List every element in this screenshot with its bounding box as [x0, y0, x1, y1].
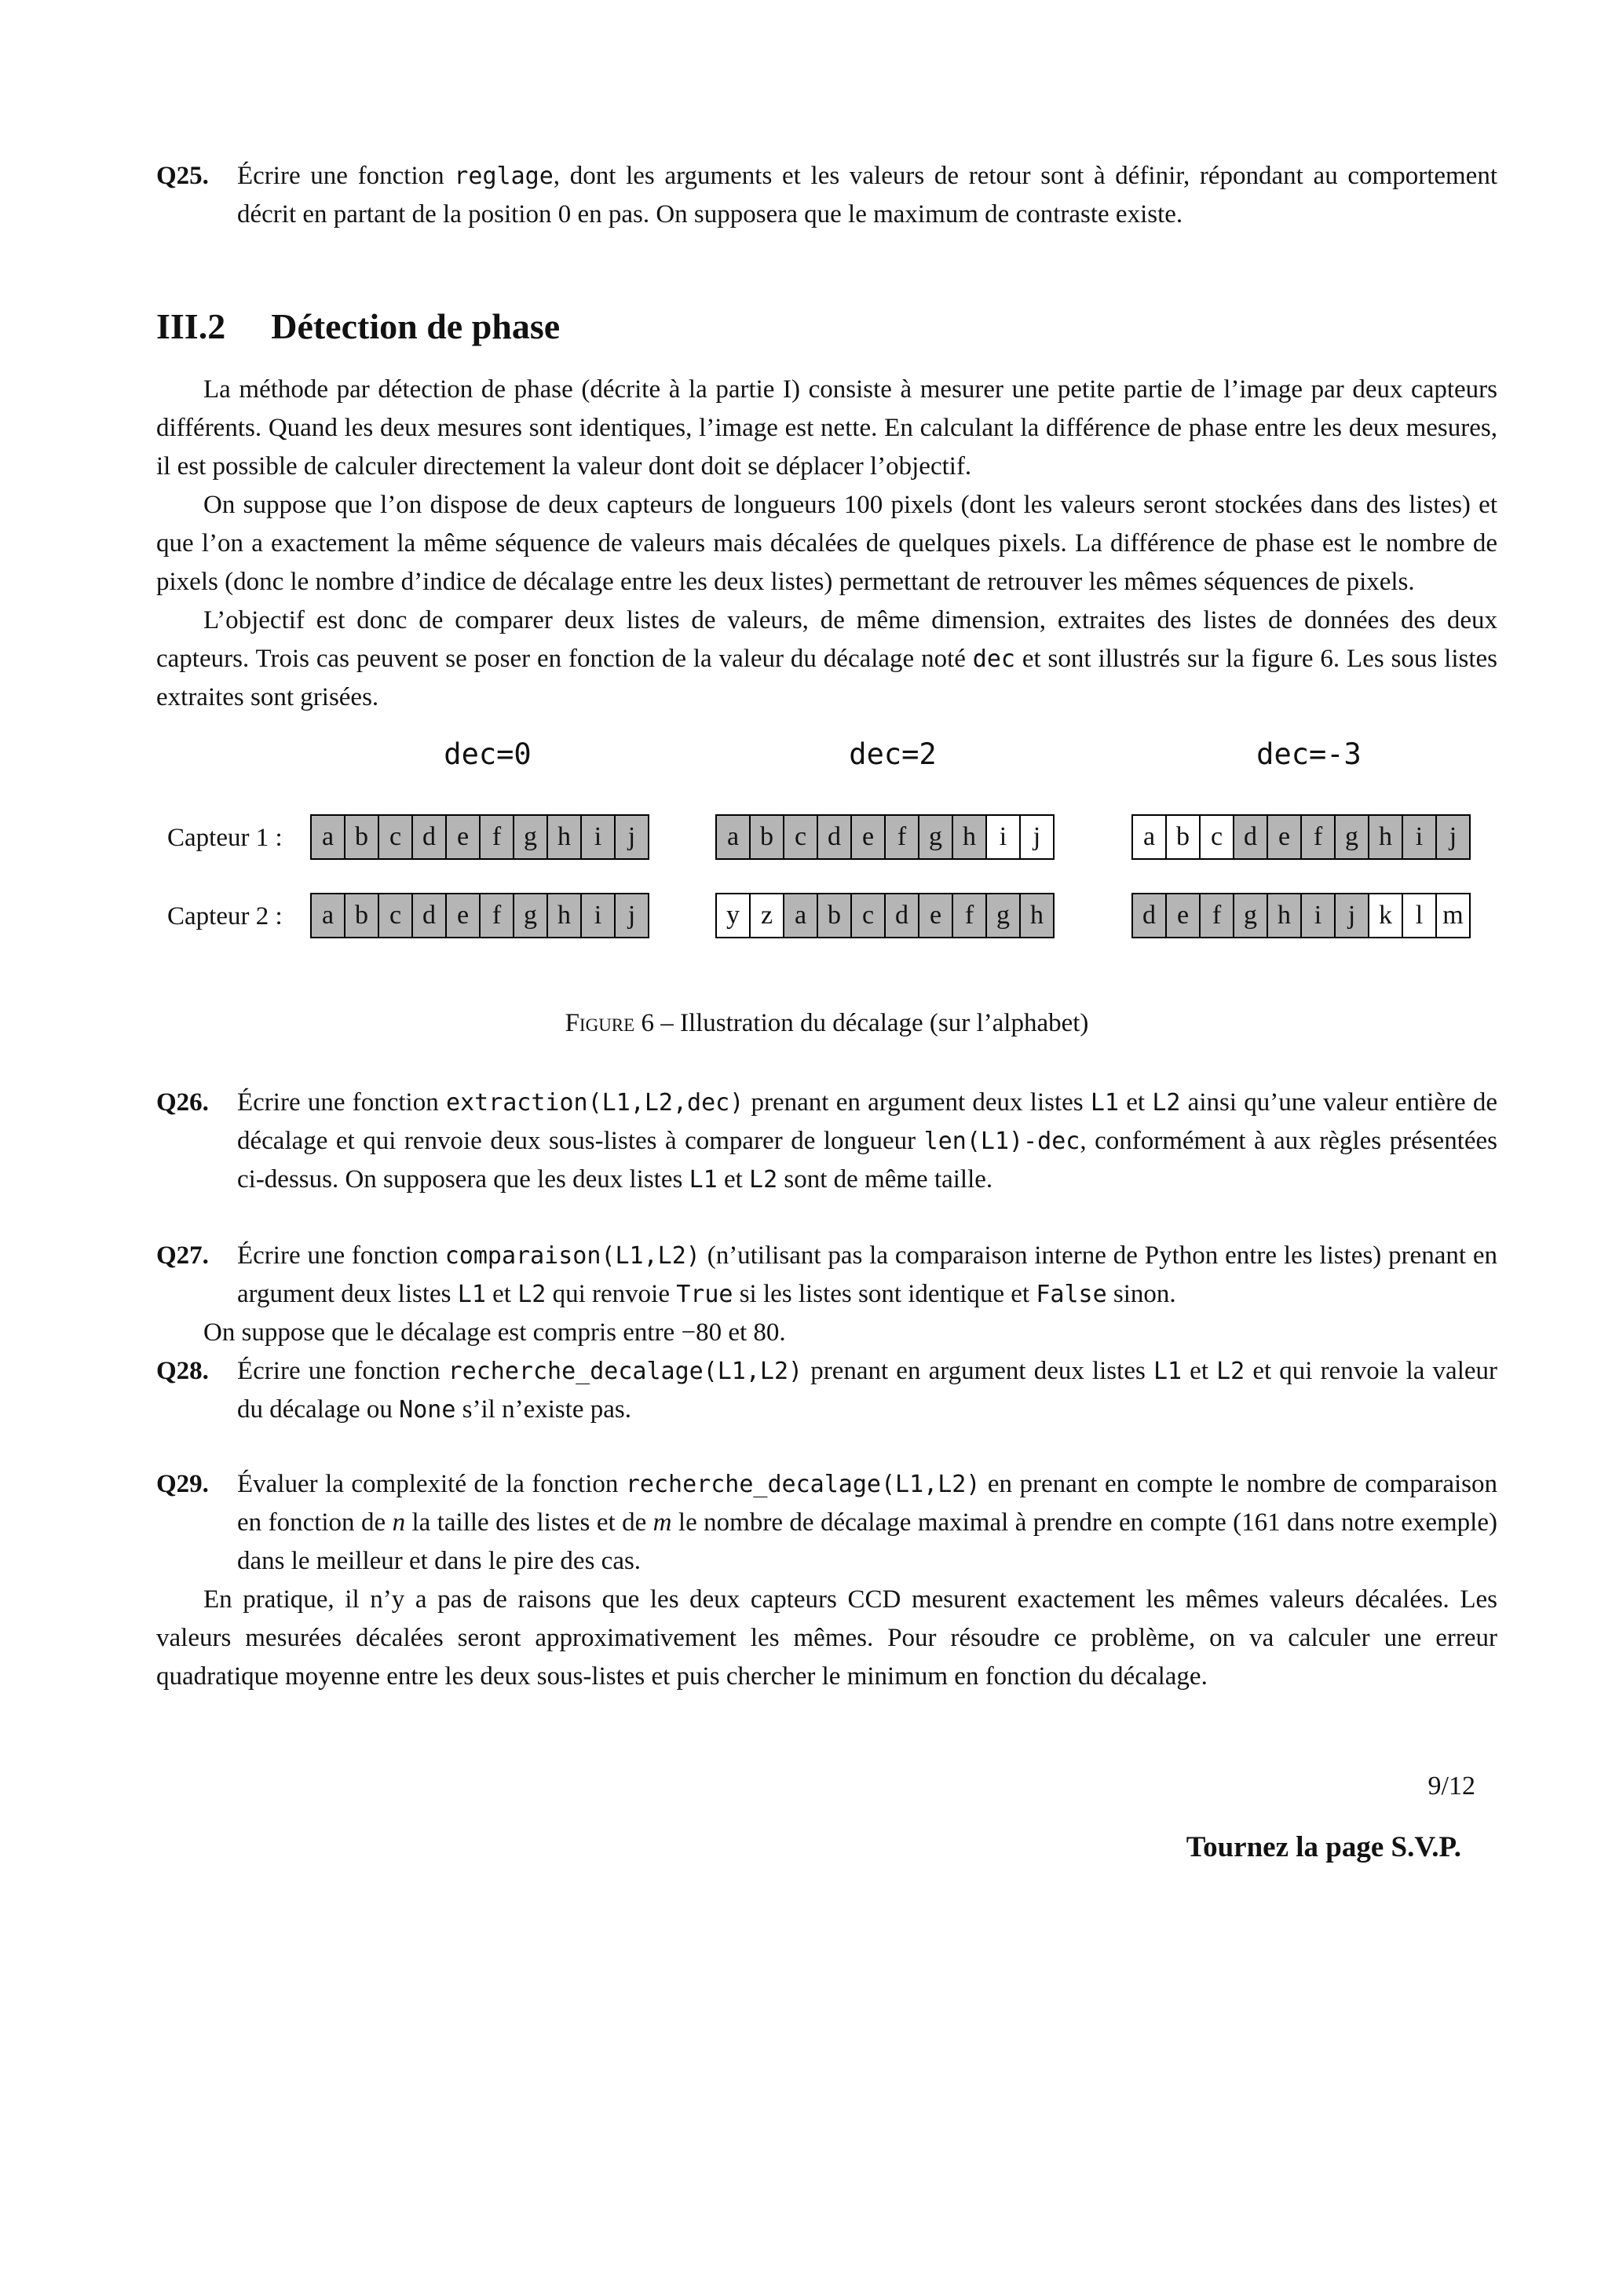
dec-label: dec=0: [310, 737, 665, 771]
sensor-cell: f: [952, 893, 987, 938]
sensor-cell: d: [411, 814, 447, 860]
dec-label: dec=2: [715, 737, 1070, 771]
paragraph-sensors: On suppose que l’on dispose de deux capt…: [156, 486, 1497, 601]
section-number: III.2: [156, 306, 225, 346]
sensor-cell: f: [1199, 893, 1234, 938]
sensor-cell: c: [378, 893, 413, 938]
sensor-cell: h: [952, 814, 987, 860]
sensor-cell: d: [1233, 814, 1268, 860]
sensor-cell: c: [850, 893, 886, 938]
figure-6-illustration: Capteur 1 : Capteur 2 : dec=0abcdefghija…: [156, 728, 1497, 948]
question-q29: Q29. Évaluer la complexité de la fonctio…: [156, 1465, 1497, 1581]
question-label-q27: Q27.: [156, 1237, 209, 1275]
sensor-cell: b: [1165, 814, 1201, 860]
sensor-cell: a: [310, 814, 345, 860]
question-text-q25: Écrire une fonction reglage, dont les ar…: [237, 162, 1497, 229]
sensor-cell: g: [513, 814, 548, 860]
sensor-cell: z: [749, 893, 784, 938]
sensor-cell: c: [378, 814, 413, 860]
sensor-row-1: abcdefghij: [715, 814, 1055, 860]
sensor-cell: i: [580, 893, 616, 938]
sensor-cell: l: [1402, 893, 1437, 938]
dec-label: dec=-3: [1131, 737, 1486, 771]
paragraph-objective: L’objectif est donc de comparer deux lis…: [156, 601, 1497, 717]
sensor-cell: e: [445, 814, 481, 860]
sensor-row-1: abcdefghij: [310, 814, 649, 860]
page-number: 9/12: [156, 1771, 1497, 1802]
sensor-cell: g: [918, 814, 953, 860]
sensor-cell: i: [1402, 814, 1437, 860]
question-text-q27: Écrire une fonction comparaison(L1,L2) (…: [237, 1241, 1497, 1308]
sensor-cell: f: [479, 814, 514, 860]
document-page: Q25. Écrire une fonction reglage, dont l…: [0, 0, 1623, 2296]
sensor-cell: e: [1165, 893, 1201, 938]
question-q28: Q28. Écrire une fonction recherche_decal…: [156, 1352, 1497, 1429]
sensor-cell: y: [715, 893, 751, 938]
sensor-cell: c: [783, 814, 818, 860]
sensor-cell: k: [1368, 893, 1403, 938]
question-label-q29: Q29.: [156, 1465, 209, 1504]
sensor-cell: h: [1368, 814, 1403, 860]
sensor-cell: b: [749, 814, 784, 860]
sensor-cell: i: [985, 814, 1021, 860]
sensor-cell: b: [344, 893, 379, 938]
sensor-cell: c: [1199, 814, 1234, 860]
question-label-q25: Q25.: [156, 157, 209, 196]
sensor-cell: b: [344, 814, 379, 860]
sensor-cell: j: [1435, 814, 1471, 860]
question-text-q29: Évaluer la complexité de la fonction rec…: [237, 1470, 1497, 1575]
row-label-capteur-2: Capteur 2 :: [167, 902, 283, 931]
sensor-cell: f: [1300, 814, 1336, 860]
sensor-cell: g: [1334, 814, 1369, 860]
section-heading: III.2Détection de phase: [156, 305, 1497, 349]
sensor-row-1: abcdefghij: [1131, 814, 1471, 860]
row-label-capteur-1: Capteur 1 :: [167, 824, 283, 853]
turn-page-notice: Tournez la page S.V.P.: [156, 1830, 1497, 1865]
sensor-cell: d: [817, 814, 852, 860]
sensor-row-2: defghijklm: [1131, 893, 1471, 938]
sensor-cell: m: [1435, 893, 1471, 938]
section-title: Détection de phase: [271, 306, 560, 346]
sensor-cell: f: [884, 814, 919, 860]
sensor-cell: a: [1131, 814, 1167, 860]
sensor-cell: e: [918, 893, 953, 938]
sensor-cell: a: [310, 893, 345, 938]
question-q27: Q27. Écrire une fonction comparaison(L1,…: [156, 1237, 1497, 1314]
sensor-cell: f: [479, 893, 514, 938]
sensor-cell: e: [445, 893, 481, 938]
sensor-cell: d: [884, 893, 919, 938]
sensor-cell: j: [1019, 814, 1055, 860]
question-q25: Q25. Écrire une fonction reglage, dont l…: [156, 157, 1497, 234]
sensor-row-2: yzabcdefgh: [715, 893, 1055, 938]
sensor-cell: g: [1233, 893, 1268, 938]
sensor-cell: g: [985, 893, 1021, 938]
sensor-cell: j: [614, 814, 649, 860]
sensor-cell: d: [1131, 893, 1167, 938]
sensor-cell: h: [546, 814, 582, 860]
sensor-cell: j: [614, 893, 649, 938]
figure-caption: Figure 6 – Illustration du décalage (sur…: [156, 1004, 1497, 1043]
question-text-q26: Écrire une fonction extraction(L1,L2,dec…: [237, 1088, 1497, 1194]
question-label-q26: Q26.: [156, 1084, 209, 1122]
sensor-cell: b: [817, 893, 852, 938]
sensor-cell: i: [580, 814, 616, 860]
sensor-cell: i: [1300, 893, 1336, 938]
closing-paragraph: En pratique, il n’y a pas de raisons que…: [156, 1581, 1497, 1696]
sensor-cell: g: [513, 893, 548, 938]
sensor-cell: d: [411, 893, 447, 938]
sensor-row-2: abcdefghij: [310, 893, 649, 938]
sensor-cell: e: [1267, 814, 1302, 860]
question-text-q28: Écrire une fonction recherche_decalage(L…: [237, 1357, 1497, 1424]
sensor-cell: h: [1267, 893, 1302, 938]
question-q26: Q26. Écrire une fonction extraction(L1,L…: [156, 1084, 1497, 1199]
note-decalage-range: On suppose que le décalage est compris e…: [156, 1314, 1497, 1352]
sensor-cell: h: [546, 893, 582, 938]
sensor-cell: e: [850, 814, 886, 860]
sensor-cell: j: [1334, 893, 1369, 938]
question-label-q28: Q28.: [156, 1352, 209, 1391]
sensor-cell: a: [715, 814, 751, 860]
paragraph-method: La méthode par détection de phase (décri…: [156, 371, 1497, 486]
sensor-cell: a: [783, 893, 818, 938]
sensor-cell: h: [1019, 893, 1055, 938]
